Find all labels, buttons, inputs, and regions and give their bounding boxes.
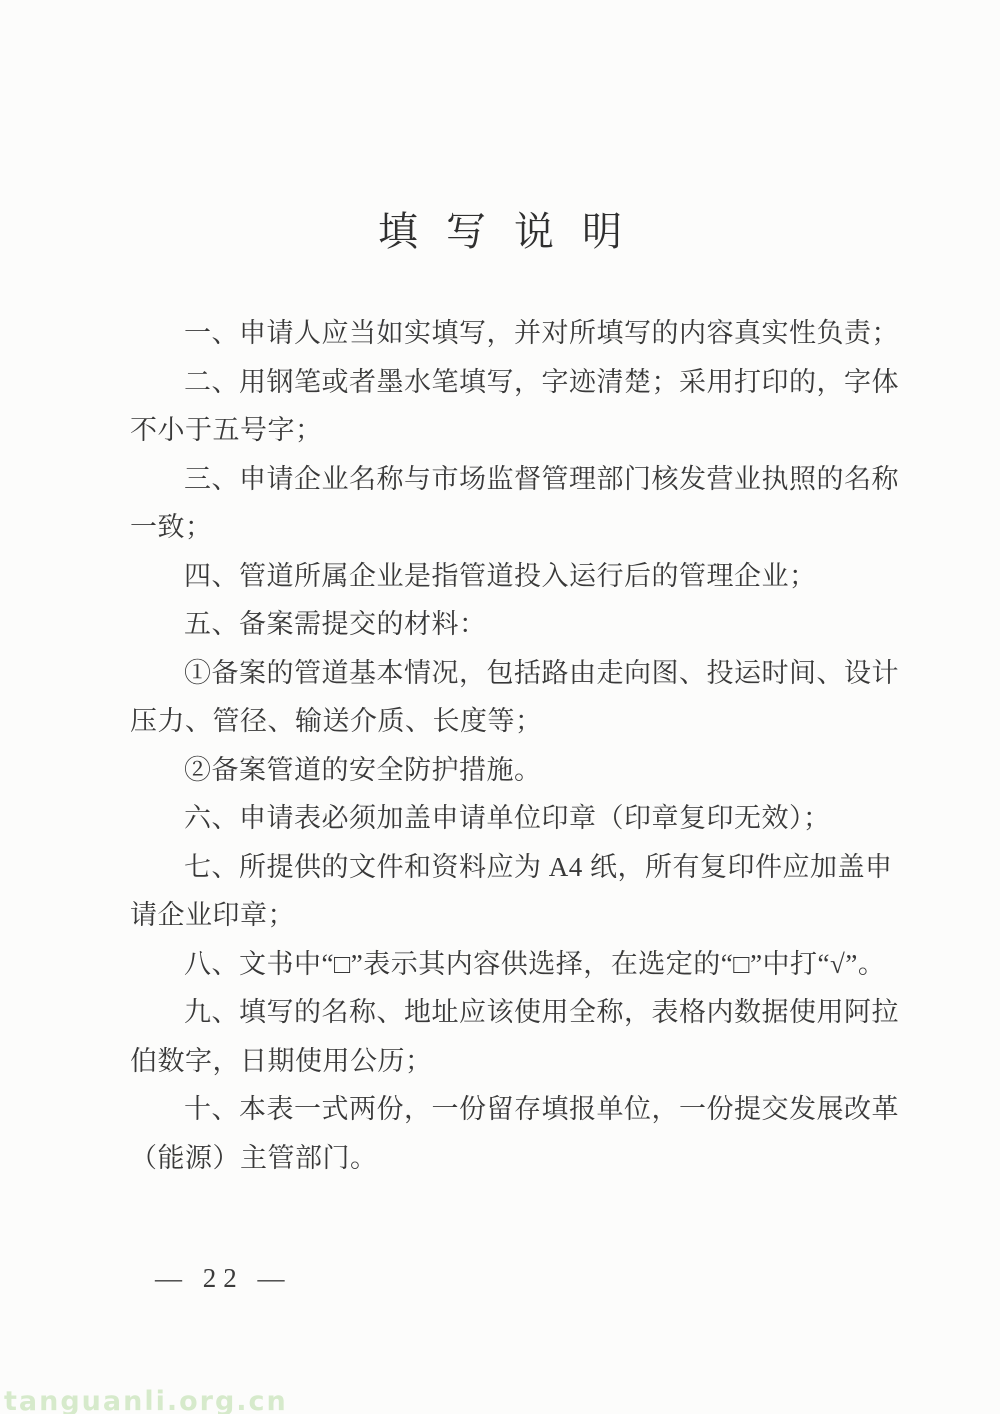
page-title: 填写说明 (0, 208, 1000, 256)
instruction-line: 七、所提供的文件和资料应为 A4 纸，所有复印件应加盖申 (130, 843, 887, 892)
instruction-line: 伯数字，日期使用公历； (130, 1037, 887, 1086)
instruction-line: 压力、管径、输送介质、长度等； (130, 697, 887, 746)
document-page: 填写说明 一、申请人应当如实填写，并对所填写的内容真实性负责； 二、用钢笔或者墨… (0, 0, 1000, 1414)
instruction-line: 一、申请人应当如实填写，并对所填写的内容真实性负责； (130, 309, 887, 358)
instruction-line: 五、备案需提交的材料： (130, 600, 887, 649)
watermark: tanguanli.org.cn (4, 1386, 288, 1414)
instruction-line: 四、管道所属企业是指管道投入运行后的管理企业； (130, 552, 887, 601)
instruction-line: 六、申请表必须加盖申请单位印章（印章复印无效）； (130, 794, 887, 843)
instruction-line: 九、填写的名称、地址应该使用全称，表格内数据使用阿拉 (130, 988, 887, 1037)
instructions-body: 一、申请人应当如实填写，并对所填写的内容真实性负责； 二、用钢笔或者墨水笔填写，… (130, 309, 887, 1182)
instruction-line: ②备案管道的安全防护措施。 (130, 746, 887, 795)
instruction-line: 请企业印章； (130, 891, 887, 940)
instruction-line: 八、文书中“□”表示其内容供选择，在选定的“□”中打“√”。 (130, 940, 887, 989)
instruction-line: 三、申请企业名称与市场监督管理部门核发营业执照的名称 (130, 455, 887, 504)
instruction-line: 一致； (130, 503, 887, 552)
instruction-line: 不小于五号字； (130, 406, 887, 455)
instruction-line: 二、用钢笔或者墨水笔填写，字迹清楚；采用打印的，字体 (130, 358, 887, 407)
page-number: — 22 — (155, 1263, 292, 1294)
instruction-line: ①备案的管道基本情况，包括路由走向图、投运时间、设计 (130, 649, 887, 698)
instruction-line: 十、本表一式两份，一份留存填报单位，一份提交发展改革 (130, 1085, 887, 1134)
instruction-line: （能源）主管部门。 (130, 1134, 887, 1183)
